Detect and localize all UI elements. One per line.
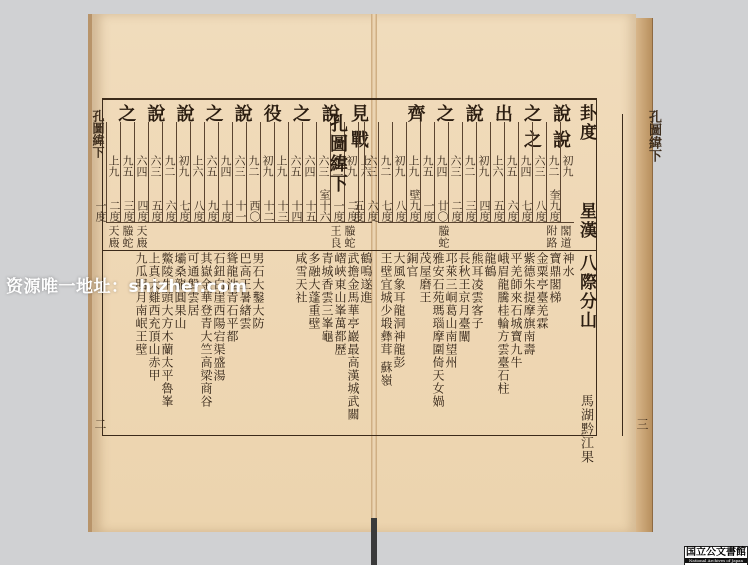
mountain-column: 王壁宜城少塅彝茸 蘇嶺	[379, 252, 392, 432]
national-archives-logo: 国立公文書館 National Archives of Japan	[684, 546, 748, 565]
mountain-column: 多融大蓬重壁	[307, 252, 320, 432]
note-text: 天廄	[106, 225, 120, 249]
mountain-column: 嶍峽東山峯萬都歷	[333, 252, 346, 432]
left-spine-title: 孔圖緯下	[90, 110, 107, 158]
mountain-column: 金粟亭臺羌霖	[535, 252, 548, 432]
logo-text-zh: 国立公文書館	[685, 547, 747, 558]
page-edge	[636, 18, 653, 532]
mountain-column: 邛萊三峒葛山南望州	[444, 252, 457, 432]
right-spine-title: 孔圖緯下	[644, 110, 663, 162]
logo-text-en: National Archives of Japan	[685, 558, 747, 563]
mountain-column: 峨眉龍騰桂輪方雲臺石柱	[496, 252, 509, 432]
note-text: 天廄	[134, 225, 148, 249]
mountain-column: 龍鶴	[483, 252, 496, 432]
note-text: 螣蛇	[120, 225, 134, 249]
label-ba-ji-fen-shan: 八際分山	[574, 254, 599, 330]
mountain-column: 青城香雲三峯龜	[320, 252, 333, 432]
mountain-column: 神水	[561, 252, 574, 432]
mountain-column: 長秋王京月臺闡	[457, 252, 470, 432]
mountain-column: 寶鼎閣梯	[548, 252, 561, 432]
right-header-row: 說 之 出 說 之 齊 說 之	[378, 100, 574, 122]
note-text: 王良	[328, 225, 342, 249]
note-text: 螣蛇	[436, 225, 450, 249]
table-cell: 初九奎九度	[560, 122, 574, 222]
right-mountains-list: 神水 寶鼎閣梯 金粟亭臺羌霖 紫德朱提摩旗南壽 平羌師來石城寶九牛 峨眉龍騰桂輪…	[378, 252, 574, 432]
left-notes-row: 螣蛇 王良 天廄 螣蛇 天廄	[106, 222, 372, 249]
label-xing-han: 星漢	[574, 202, 599, 240]
label-gua-du: 卦度	[574, 104, 599, 142]
mountain-column: 茂屋磨王	[418, 252, 431, 432]
mountain-column: 雅安石苑瑪瑙摩圍倚天女媧	[431, 252, 444, 432]
spine-shadow	[371, 518, 377, 565]
mountain-column: 男石大鑿大防	[251, 252, 264, 432]
mountain-column: 咸雪天社	[294, 252, 307, 432]
note-text: 附路	[544, 225, 558, 249]
mountain-column: 大風象耳龍洞神龍彭	[392, 252, 405, 432]
note-text: 螣蛇	[342, 225, 356, 249]
author-note: 馬湖黔江果	[578, 394, 592, 464]
left-page-number: 二	[92, 418, 109, 430]
right-page-number: 三	[634, 418, 651, 430]
watermark-text: 资源唯一地址：shizher.com	[6, 272, 247, 297]
right-notes-row: 閣道 附路 螣蛇	[378, 222, 574, 249]
mountain-column: 熊耳凌雲客子	[470, 252, 483, 432]
book-title: 孔圖緯下	[326, 114, 348, 194]
mountain-column: 紫德朱提摩旗南壽	[522, 252, 535, 432]
mountain-column: 銅官	[405, 252, 418, 432]
mountain-column: 平羌師來石城寶九牛	[509, 252, 522, 432]
title-border-line	[622, 114, 623, 436]
note-text: 閣道	[558, 225, 572, 249]
mountain-column: 武擔金馬華亭巖最高漢城武關	[346, 252, 359, 432]
right-hexagram-cells: 初九奎九度 九二八度 六三七度 九四六度 九五五度 上六四度 初九三度 九二二度…	[378, 122, 574, 222]
mountain-column: 鶴鳴遂進	[359, 252, 372, 432]
